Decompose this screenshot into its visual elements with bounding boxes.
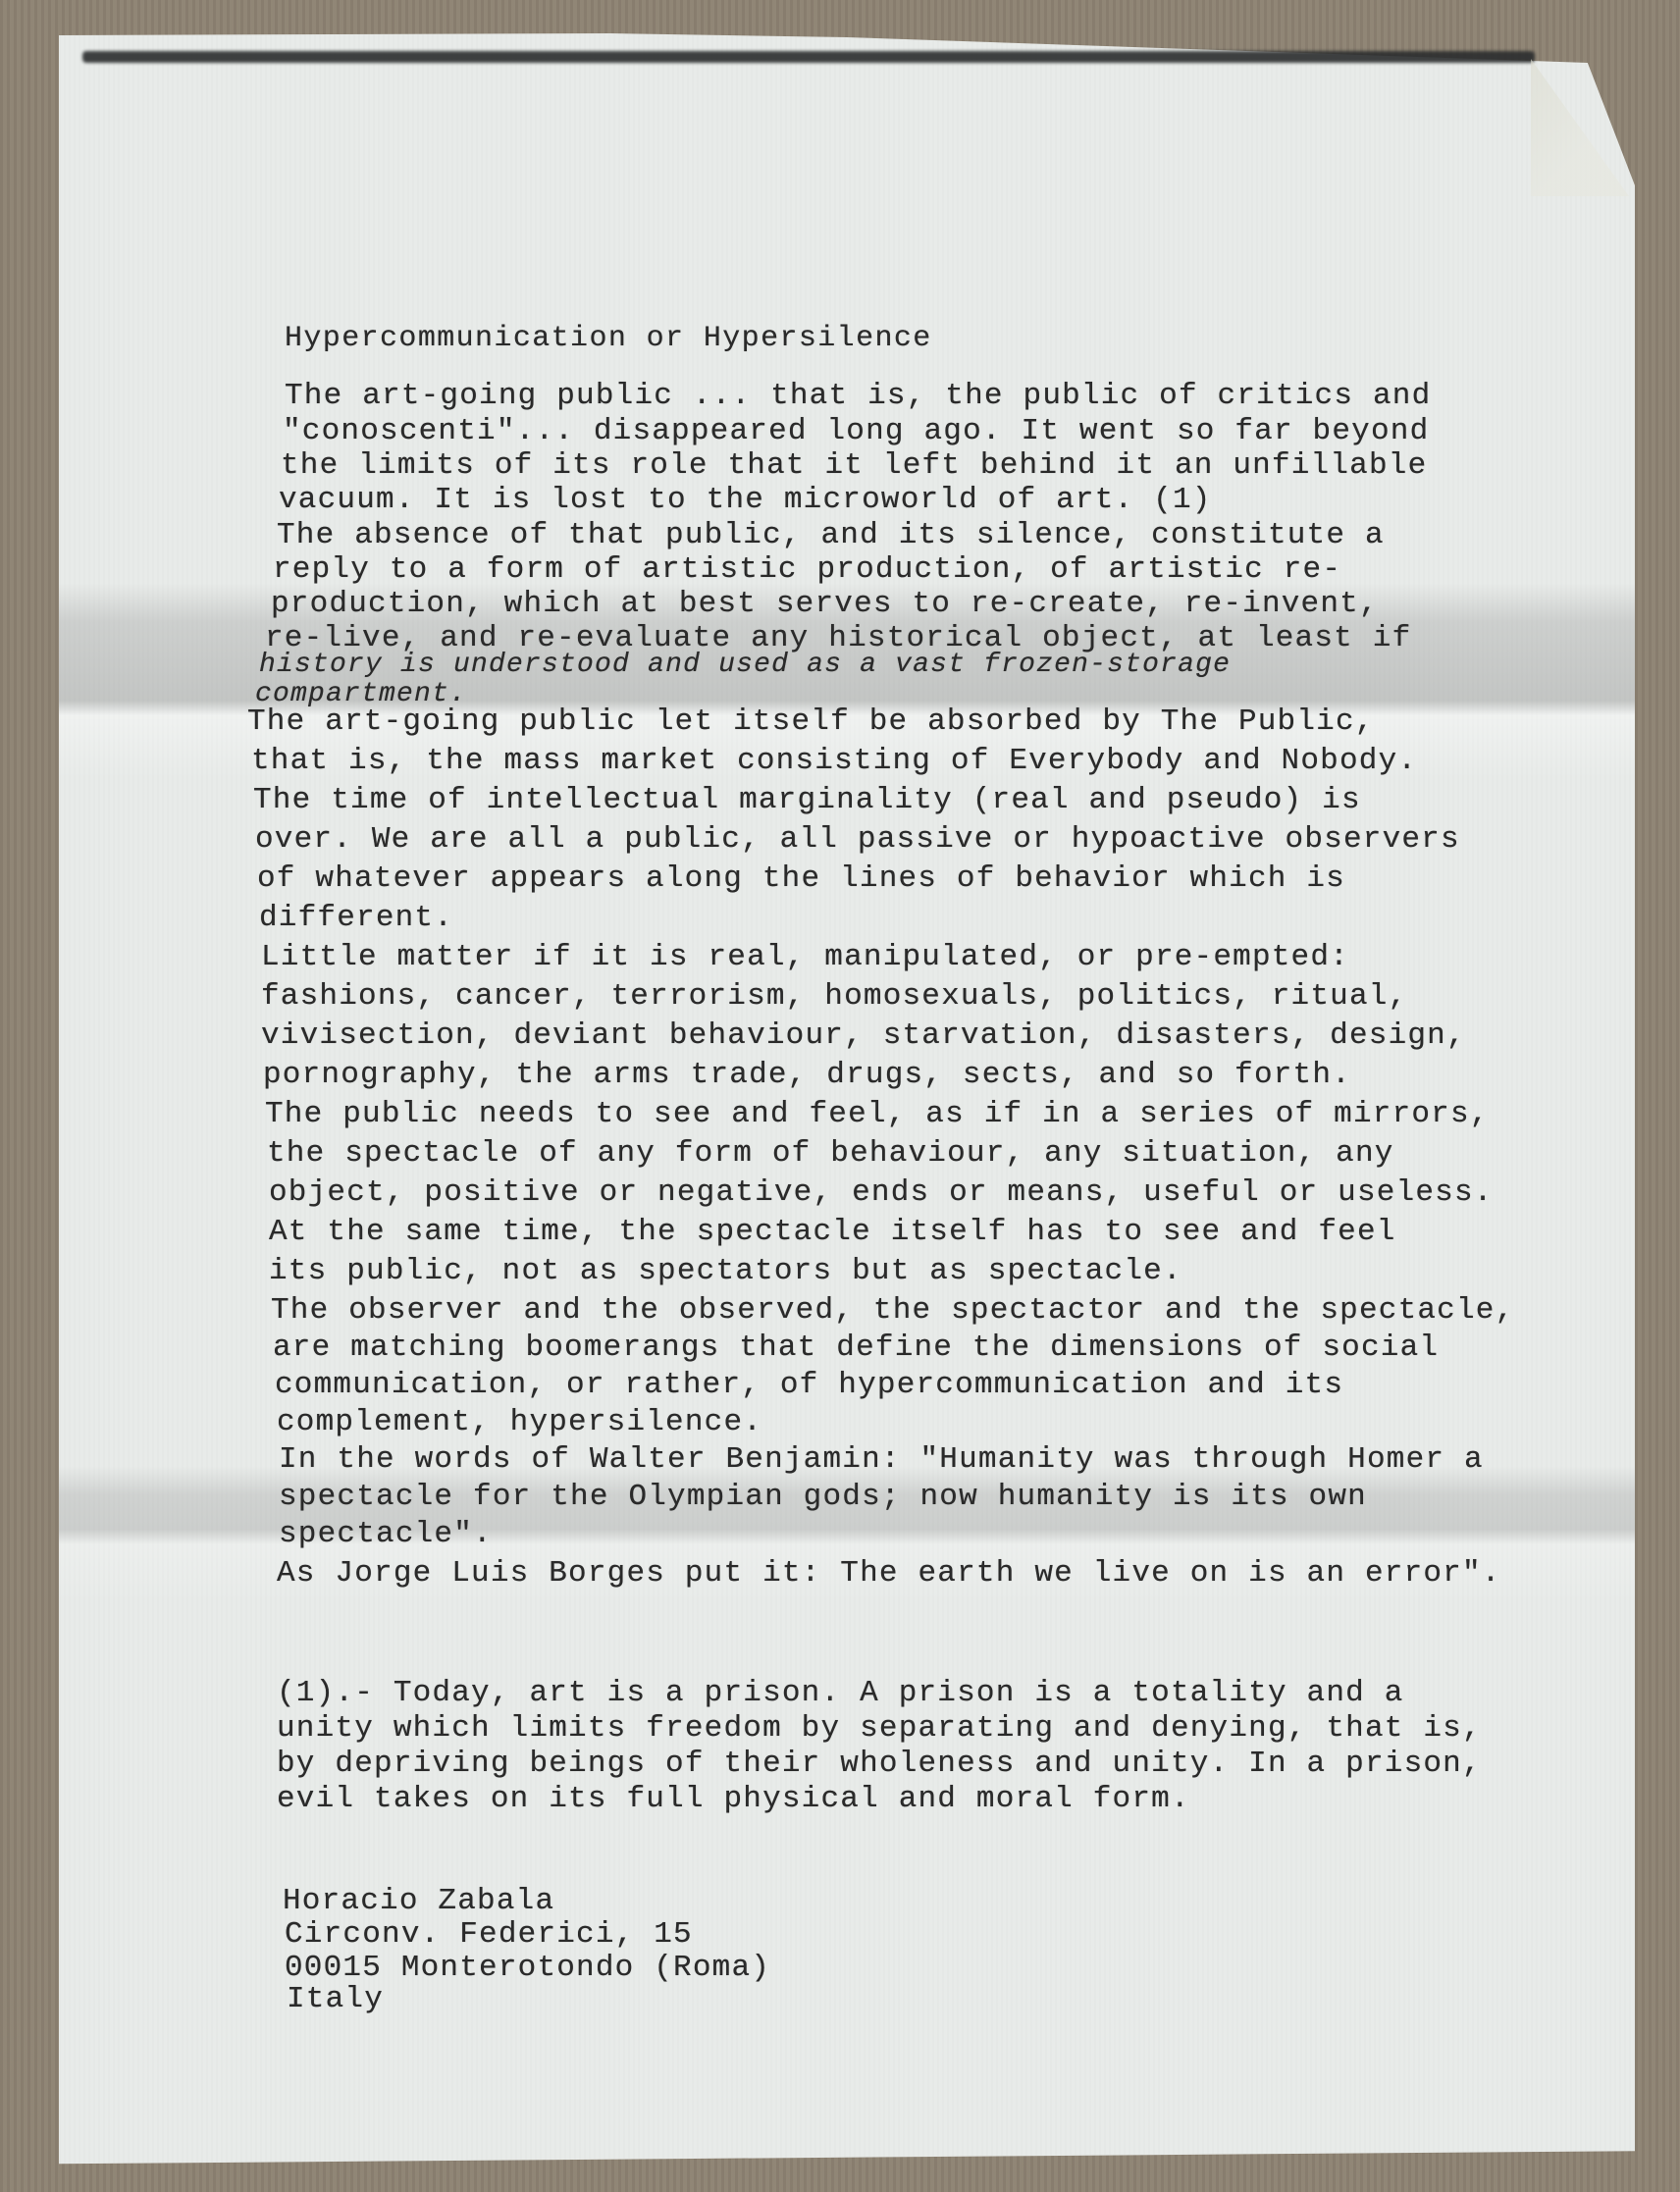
section2-line: In the words of Walter Benjamin: "Humani… <box>279 1442 1484 1477</box>
address-country: Italy <box>287 1982 384 2016</box>
section2-line: The public needs to see and feel, as if … <box>265 1097 1490 1131</box>
section2-line: the spectacle of any form of behaviour, … <box>267 1136 1394 1171</box>
paper-top-edge-ink-band <box>82 51 1535 63</box>
section1-line: reply to a form of artistic production, … <box>273 552 1341 587</box>
section2-line: communication, or rather, of hypercommun… <box>275 1368 1343 1402</box>
section2-line: The art-going public let itself be absor… <box>247 705 1375 739</box>
section2-line: spectacle". <box>279 1517 493 1551</box>
section1-line: The absence of that public, and its sile… <box>277 518 1385 552</box>
section2-line: The observer and the observed, the spect… <box>271 1293 1514 1328</box>
section2-line: As Jorge Luis Borges put it: The earth w… <box>277 1556 1501 1591</box>
section2-line: that is, the mass market consisting of E… <box>251 744 1417 778</box>
section2-line: pornography, the arms trade, drugs, sect… <box>263 1058 1351 1092</box>
section1-line: The art-going public ... that is, the pu… <box>285 379 1431 413</box>
section2-line: complement, hypersilence. <box>277 1405 762 1439</box>
section1-line: "conoscenti"... disappeared long ago. It… <box>283 414 1429 448</box>
document-title: Hypercommunication or Hypersilence <box>285 322 932 355</box>
footnote-line: by depriving beings of their wholeness a… <box>277 1747 1482 1781</box>
section2-line: are matching boomerangs that define the … <box>273 1331 1439 1365</box>
section2-line: The time of intellectual marginality (re… <box>253 783 1361 817</box>
section2-line: fashions, cancer, terrorism, homosexuals… <box>261 979 1407 1014</box>
section1-line: vacuum. It is lost to the microworld of … <box>279 483 1212 517</box>
section2-line: spectacle for the Olympian gods; now hum… <box>279 1480 1367 1514</box>
address-street: Circonv. Federici, 15 <box>285 1917 693 1952</box>
section1-line: the limits of its role that it left behi… <box>281 448 1427 483</box>
section1-line: production, which at best serves to re-c… <box>271 587 1379 621</box>
address-city: 00015 Monterotondo (Roma) <box>285 1951 770 1985</box>
section2-line: of whatever appears along the lines of b… <box>257 861 1345 896</box>
footnote-line: unity which limits freedom by separating… <box>277 1711 1482 1746</box>
footnote-line: (1).- Today, art is a prison. A prison i… <box>277 1676 1404 1710</box>
section2-line: Little matter if it is real, manipulated… <box>261 940 1349 974</box>
section2-line: different. <box>259 901 453 935</box>
section2-line: object, positive or negative, ends or me… <box>269 1175 1494 1210</box>
author-name: Horacio Zabala <box>283 1884 554 1918</box>
section1-line: history is understood and used as a vast… <box>259 650 1231 680</box>
footnote-line: evil takes on its full physical and mora… <box>277 1782 1190 1816</box>
section2-line: its public, not as spectators but as spe… <box>269 1254 1182 1288</box>
section2-line: over. We are all a public, all passive o… <box>255 822 1460 857</box>
section2-line: At the same time, the spectacle itself h… <box>269 1215 1396 1249</box>
section2-line: vivisection, deviant behaviour, starvati… <box>261 1018 1466 1053</box>
